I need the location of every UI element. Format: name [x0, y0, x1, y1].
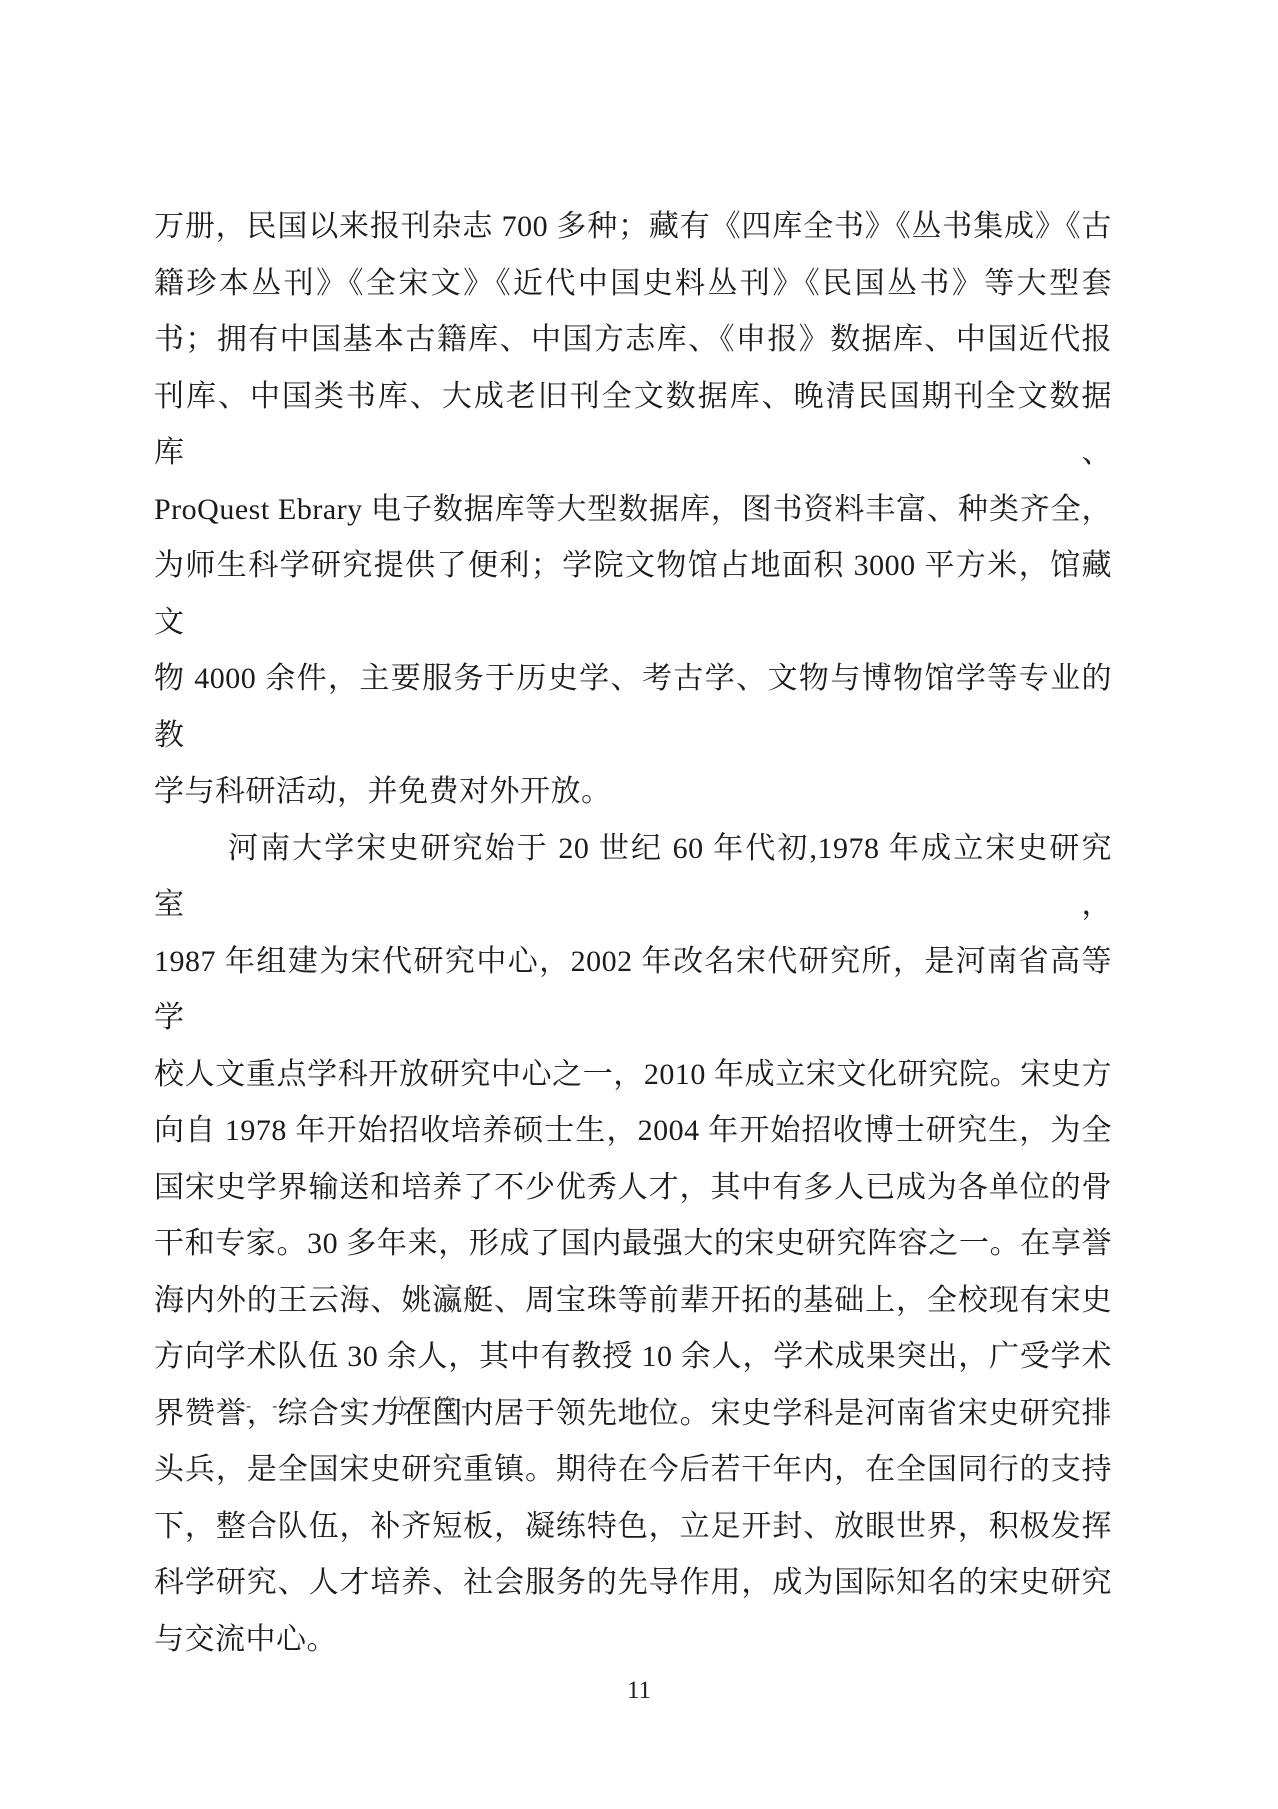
page-break-dashes-right: - - - - - - - - -	[460, 1397, 682, 1415]
text-line: 1987 年组建为宋代研究中心，2002 年改名宋代研究所，是河南省高等学	[154, 934, 1112, 1047]
text-line: 物 4000 余件，主要服务于历史学、考古学、文物与博物馆学等专业的教	[154, 651, 1112, 764]
text-line: 校人文重点学科开放研究中心之一，2010 年成立宋文化研究院。宋史方	[154, 1047, 1112, 1104]
text-line: 为师生科学研究提供了便利；学院文物馆占地面积 3000 平方米，馆藏文	[154, 538, 1112, 651]
text-line: 科学研究、人才培养、社会服务的先导作用，成为国际知名的宋史研究	[154, 1555, 1112, 1612]
text-line: 干和专家。30 多年来，形成了国内最强大的宋史研究阵容之一。在享誉	[154, 1216, 1112, 1273]
text-line: 方向学术队伍 30 余人，其中有教授 10 余人，学术成果突出，广受学术	[154, 1329, 1112, 1386]
text-line: 万册，民国以来报刊杂志 700 多种；藏有《四库全书》《丛书集成》《古	[154, 199, 1112, 256]
text-line: 河南大学宋史研究始于 20 世纪 60 年代初,1978 年成立宋史研究室，	[154, 821, 1112, 934]
page-break-dashes-left: - - - - - - - - -	[166, 1397, 388, 1415]
text-line: 学与科研活动，并免费对外开放。	[154, 764, 1112, 821]
text-line: 与交流中心。	[154, 1612, 1112, 1669]
page-break-label: 分页符	[388, 1396, 460, 1418]
text-line: 向自 1978 年开始招收培养硕士生，2004 年开始招收博士研究生，为全	[154, 1103, 1112, 1160]
text-line: ProQuest Ebrary 电子数据库等大型数据库，图书资料丰富、种类齐全，	[154, 482, 1112, 539]
text-line: 海内外的王云海、姚瀛艇、周宝珠等前辈开拓的基础上，全校现有宋史	[154, 1273, 1112, 1330]
text-line: 国宋史学界输送和培养了不少优秀人才，其中有多人已成为各单位的骨	[154, 1160, 1112, 1217]
page-break-marker: - - - - - - - - -分页符- - - - - - - - -	[166, 1390, 681, 1419]
text-line: 头兵，是全国宋史研究重镇。期待在今后若干年内，在全国同行的支持	[154, 1442, 1112, 1499]
document-page: 万册，民国以来报刊杂志 700 多种；藏有《四库全书》《丛书集成》《古 籍珍本丛…	[0, 0, 1278, 1809]
text-line: 书；拥有中国基本古籍库、中国方志库、《申报》数据库、中国近代报	[154, 312, 1112, 369]
body-text: 万册，民国以来报刊杂志 700 多种；藏有《四库全书》《丛书集成》《古 籍珍本丛…	[154, 199, 1112, 1668]
text-line: 下，整合队伍，补齐短板，凝练特色，立足开封、放眼世界，积极发挥	[154, 1499, 1112, 1556]
page-number: 11	[0, 1677, 1278, 1705]
text-line: 刊库、中国类书库、大成老旧刊全文数据库、晚清民国期刊全文数据库、	[154, 369, 1112, 482]
text-line: 籍珍本丛刊》《全宋文》《近代中国史料丛刊》《民国丛书》等大型套	[154, 256, 1112, 313]
